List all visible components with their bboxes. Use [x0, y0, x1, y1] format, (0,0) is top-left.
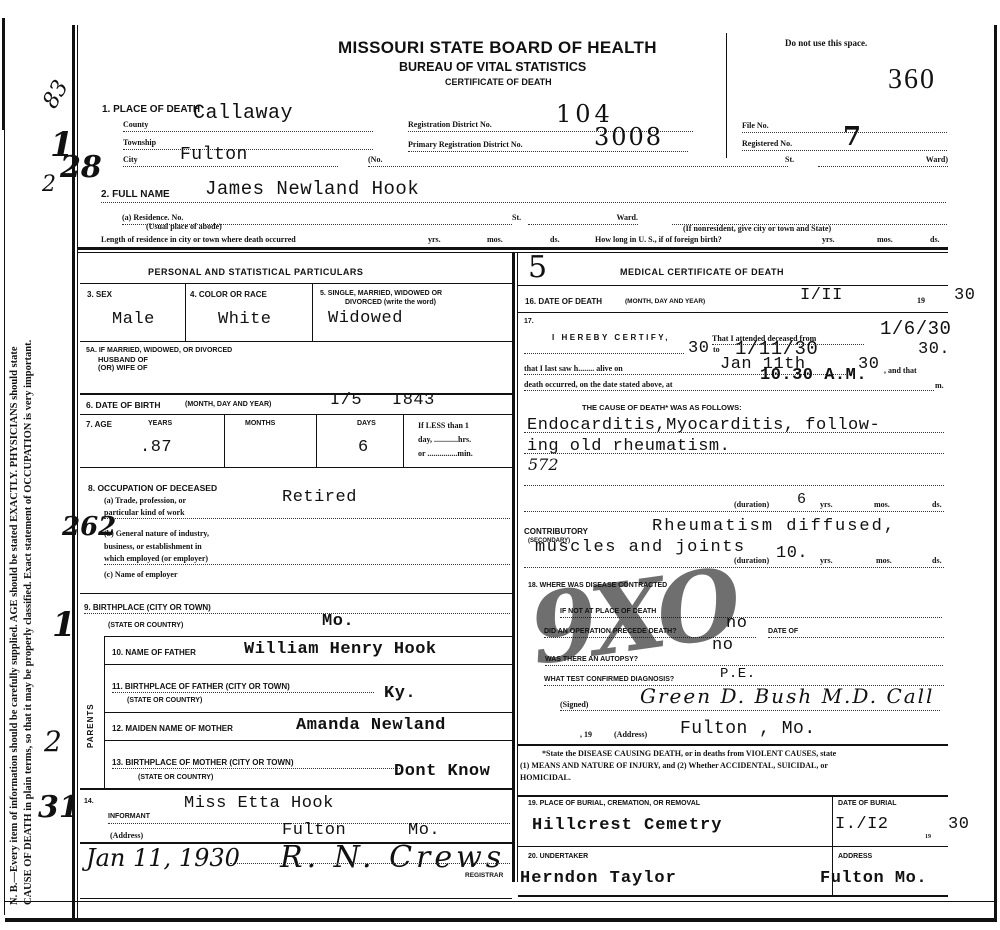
sex-label: 3. SEX [87, 290, 112, 299]
age-years-label: YEARS [148, 420, 172, 427]
death-time-value: 10.30 A.M. [760, 366, 867, 385]
undertaker-address-label: ADDRESS [838, 853, 872, 860]
registrar-label: REGISTRAR [465, 872, 503, 879]
full-name-value: James Newland Hook [205, 178, 419, 200]
burial-date-19: 19 [925, 834, 931, 840]
occupation-a-label: (a) Trade, profession, or [104, 496, 186, 505]
mother-name-label: 12. MAIDEN NAME OF MOTHER [112, 724, 233, 733]
margin-mark-31: 31 [38, 790, 80, 825]
father-birthplace-value: Ky. [384, 684, 416, 703]
less-than-day-label: If LESS than 1 [418, 421, 469, 430]
rule [518, 846, 948, 847]
rule [518, 895, 948, 897]
rule [403, 415, 404, 467]
rule [80, 414, 512, 415]
rule [104, 636, 512, 637]
rule [518, 285, 948, 286]
rule [518, 312, 948, 313]
mother-birthplace-sub: (STATE OR COUNTRY) [138, 774, 213, 781]
medical-heading: MEDICAL CERTIFICATE OF DEATH [620, 267, 784, 277]
informant-value: Miss Etta Hook [184, 794, 334, 813]
physician-address-label: (Address) [614, 730, 647, 739]
informant-address-state: Mo. [408, 821, 440, 840]
employer-label: (c) Name of employer [104, 570, 178, 579]
mother-birthplace-value: Dont Know [394, 762, 490, 781]
occupation-a-label-2: particular kind of work [104, 508, 185, 517]
rule [518, 795, 948, 797]
birthplace-field: 9. BIRTHPLACE (CITY OR TOWN) [84, 603, 510, 614]
do-not-use-label: Do not use this space. [785, 38, 867, 48]
marital-value: Widowed [328, 309, 403, 328]
street-no-label: (No. [368, 155, 382, 164]
margin-note-line-1: N. B.—Every item of information should b… [8, 340, 22, 905]
informant-address-city: Fulton [282, 821, 346, 840]
residence-st-label: St. [512, 213, 521, 222]
mother-birthplace-field: 13. BIRTHPLACE OF MOTHER (CITY OR TOWN) [112, 758, 402, 769]
occupation-a-field: particular kind of work [104, 508, 510, 519]
place-of-death-label: 1. PLACE OF DEATH [102, 104, 200, 115]
birthplace-value: Mo. [322, 612, 354, 631]
date-of-death-label: 16. DATE OF DEATH [525, 297, 602, 306]
cause-line-3 [524, 484, 944, 486]
length-of-residence-label: Length of residence in city or town wher… [101, 235, 296, 244]
margin-note-line-2: CAUSE OF DEATH in plain terms, so that i… [22, 340, 36, 905]
footnote-line-2: (1) MEANS AND NATURE OF INJURY, and (2) … [520, 760, 948, 772]
contrib-yrs: yrs. [820, 556, 833, 565]
margin-mark-2b: 2 [44, 725, 62, 758]
undertaker-address-value: Fulton Mo. [820, 869, 927, 888]
burial-date-year: 30 [948, 815, 969, 834]
length-mos: mos. [487, 235, 503, 244]
contrib-mos: mos. [876, 556, 892, 565]
duration-label: (duration) [734, 500, 769, 509]
duration-ds: ds. [932, 500, 942, 509]
last-saw-label: that I last saw h........ alive on [524, 364, 623, 373]
parents-label: PARENTS [86, 703, 95, 748]
spouse-label: 5A. IF MARRIED, WIDOWED, OR DIVORCED [86, 347, 232, 354]
birthplace-sub: (STATE OR COUNTRY) [108, 622, 183, 629]
marital-label: 5. SINGLE, MARRIED, WIDOWED OR [320, 290, 442, 297]
contributory-duration-label: (duration) [734, 556, 769, 565]
contributory-duration-value: 10. [776, 544, 808, 563]
cause-line-1-value: Endocarditis,Myocarditis, follow- [527, 416, 880, 435]
file-no-label: File No. [742, 121, 769, 130]
length-ds: ds. [550, 235, 560, 244]
signed-label: (Signed) [560, 700, 588, 709]
certificate-type: CERTIFICATE OF DEATH [445, 77, 552, 87]
street-no-field: (No. [368, 155, 788, 167]
burial-date-label: DATE OF BURIAL [838, 800, 897, 807]
date-of-death-sub: (MONTH, DAY AND YEAR) [625, 298, 705, 305]
burial-place-label: 19. PLACE OF BURIAL, CREMATION, OR REMOV… [528, 800, 700, 807]
test-value: P.E. [720, 666, 756, 682]
to-label: to [713, 345, 720, 354]
footnote: *State the DISEASE CAUSING DEATH, or in … [520, 748, 948, 784]
attended-from-value: 1/6/30 [880, 318, 951, 340]
item-17-label: 17. [524, 318, 534, 325]
residence-sub: (Usual place of abode) [146, 222, 222, 231]
and-that-label: , and that [884, 366, 917, 375]
cause-code: 572 [528, 455, 559, 474]
rule [518, 744, 948, 746]
contributory-label: CONTRIBUTORY [524, 527, 588, 536]
sex-value: Male [112, 310, 155, 329]
margin-instructions: N. B.—Every item of information should b… [8, 340, 36, 905]
form-bottom-border [5, 918, 997, 922]
birthplace-label: 9. BIRTHPLACE (CITY OR TOWN) [84, 603, 211, 612]
cause-line-2-value: ing old rheumatism. [527, 437, 730, 456]
registrar-signature: R. N. Crews [280, 840, 505, 875]
rule [312, 284, 313, 341]
rule [104, 664, 512, 665]
father-birthplace-label: 11. BIRTHPLACE OF FATHER (CITY OR TOWN) [112, 682, 290, 691]
street-st-label: St. [785, 155, 794, 164]
margin-mark-28: 28 [60, 150, 102, 185]
occupation-label: 8. OCCUPATION OF DECEASED [88, 483, 217, 493]
mother-birthplace-label: 13. BIRTHPLACE OF MOTHER (CITY OR TOWN) [112, 758, 293, 767]
form-right-border [994, 25, 997, 920]
city-value: Fulton [180, 145, 248, 165]
rule [224, 415, 225, 467]
race-label: 4. COLOR OR RACE [190, 290, 267, 299]
father-name-value: William Henry Hook [244, 640, 437, 659]
dob-sub: (MONTH, DAY AND YEAR) [185, 401, 271, 408]
contributory-line-1: Rheumatism diffused, [652, 517, 896, 536]
length-yrs: yrs. [428, 235, 441, 244]
date-of-death-value: I/II [800, 286, 843, 305]
occupation-b-label: (b) General nature of industry, [104, 529, 209, 538]
rule [80, 283, 512, 284]
primary-registration-value: 3008 [594, 123, 663, 151]
age-months-label: MONTHS [245, 420, 275, 427]
township-field: Township [123, 138, 373, 150]
physician-signature: Green D. Bush M.D. Call [640, 684, 934, 708]
spouse-wife-label: (OR) WIFE OF [98, 363, 148, 372]
father-birthplace-sub: (STATE OR COUNTRY) [127, 697, 202, 704]
stamp-number: 360 [888, 64, 936, 96]
medical-corner-mark: 5 [528, 250, 547, 285]
margin-rule [4, 20, 5, 915]
father-name-label: 10. NAME OF FATHER [112, 648, 196, 657]
less-hrs-label: day, ............hrs. [418, 435, 471, 444]
informant-address-label: (Address) [110, 831, 143, 840]
burial-place-value: Hillcrest Cemetry [532, 816, 722, 835]
marital-label-2: DIVORCED (write the word) [345, 299, 436, 306]
ward-label: Ward) [926, 155, 948, 164]
us-ds: ds. [930, 235, 940, 244]
residence-ward-label: Ward. [616, 213, 638, 222]
duration-line [524, 510, 944, 512]
occupation-b-label-2: business, or establishment in [104, 542, 202, 551]
occupation-b-label-3: which employed (or employer) [104, 554, 208, 563]
physician-address-value: Fulton , Mo. [680, 719, 816, 739]
m-label: m. [935, 381, 944, 390]
undertaker-label: 20. UNDERTAKER [528, 853, 588, 860]
column-divider [512, 252, 515, 882]
dob-value: I/5 [330, 391, 362, 410]
operation-date-field: DATE OF [768, 628, 944, 638]
operation-date-label: DATE OF [768, 628, 798, 635]
ward-field: Ward) [818, 155, 948, 167]
dob-year: I843 [392, 391, 435, 410]
township-label: Township [123, 138, 156, 147]
rule [80, 393, 512, 395]
registered-no-value: 7 [843, 122, 861, 152]
occupation-b-field: which employed (or employer) [104, 554, 510, 565]
us-mos: mos. [877, 235, 893, 244]
age-days-value: 6 [358, 438, 369, 457]
registered-no-label: Registered No. [742, 139, 792, 148]
filed-date: Jan 11, 1930 [86, 844, 240, 872]
margin-mark-1b: 1 [52, 605, 76, 645]
residence-label: (a) Residence. No. [122, 213, 183, 222]
us-residence-label: How long in U. S., if of foreign birth? [595, 235, 722, 244]
rule [80, 788, 512, 790]
dob-label: 6. DATE OF BIRTH [86, 400, 160, 410]
full-name-label: 2. FULL NAME [101, 189, 170, 200]
attended-from-year: 30 [688, 339, 709, 358]
rule [5, 901, 995, 902]
race-value: White [218, 310, 272, 329]
attended-to-year: 30. [918, 340, 950, 359]
column-divider-inner [517, 252, 518, 882]
signature-date-19: , 19 [580, 730, 592, 739]
mother-name-value: Amanda Newland [296, 716, 446, 735]
less-min-label: or ...............min. [418, 449, 473, 458]
duration-mos: mos. [874, 500, 890, 509]
age-label: 7. AGE [86, 420, 112, 429]
date-of-death-19: 19 [917, 296, 925, 305]
informant-label: INFORMANT [108, 813, 150, 820]
rule [316, 415, 317, 467]
residence-ward-field: Ward. [528, 213, 638, 225]
primary-registration-label: Primary Registration District No. [408, 140, 523, 149]
certify-label: I HEREBY CERTIFY, [552, 333, 670, 342]
header-divider [726, 33, 727, 158]
footnote-line-3: HOMICIDAL. [520, 772, 948, 784]
age-years-value: .87 [140, 438, 172, 457]
duration-yrs: yrs. [820, 500, 833, 509]
duration-value: 6 [797, 491, 807, 508]
rule [104, 712, 512, 713]
death-time-field: death occurred, on the date stated above… [524, 380, 934, 391]
county-label: County [123, 120, 148, 129]
death-occurred-label: death occurred, on the date stated above… [524, 380, 673, 389]
city-label: City [123, 155, 138, 164]
occupation-value: Retired [282, 488, 357, 507]
rule [80, 341, 512, 342]
board-title: MISSOURI STATE BOARD OF HEALTH [338, 38, 657, 58]
burial-date-value: I./I2 [835, 815, 889, 834]
age-days-label: DAYS [357, 420, 376, 427]
bureau-subtitle: BUREAU OF VITAL STATISTICS [399, 60, 586, 74]
registration-district-label: Registration District No. [408, 120, 492, 129]
undertaker-value: Herndon Taylor [520, 869, 677, 888]
informant-number: 14. [84, 798, 94, 805]
footnote-line-1: *State the DISEASE CAUSING DEATH, or in … [520, 748, 948, 760]
father-birthplace-field: 11. BIRTHPLACE OF FATHER (CITY OR TOWN) [112, 682, 374, 693]
header-separator [78, 247, 948, 250]
date-of-death-year: 30 [954, 286, 975, 305]
nonresident-note: (If nonresident, give city or town and S… [683, 224, 831, 233]
rule [185, 284, 186, 341]
registrar-line [230, 862, 510, 864]
county-value: Callaway [193, 102, 293, 125]
attended-line [524, 352, 684, 354]
cause-of-death-heading: THE CAUSE OF DEATH* WAS AS FOLLOWS: [582, 403, 742, 412]
us-yrs: yrs. [822, 235, 835, 244]
rule [104, 740, 512, 741]
personal-heading: PERSONAL AND STATISTICAL PARTICULARS [148, 267, 363, 277]
rule [80, 898, 512, 899]
rule [80, 593, 512, 594]
margin-mark-2: 2 [42, 172, 56, 197]
margin-mark-83: 83 [38, 76, 74, 113]
rule [80, 467, 512, 468]
contrib-ds: ds. [932, 556, 942, 565]
